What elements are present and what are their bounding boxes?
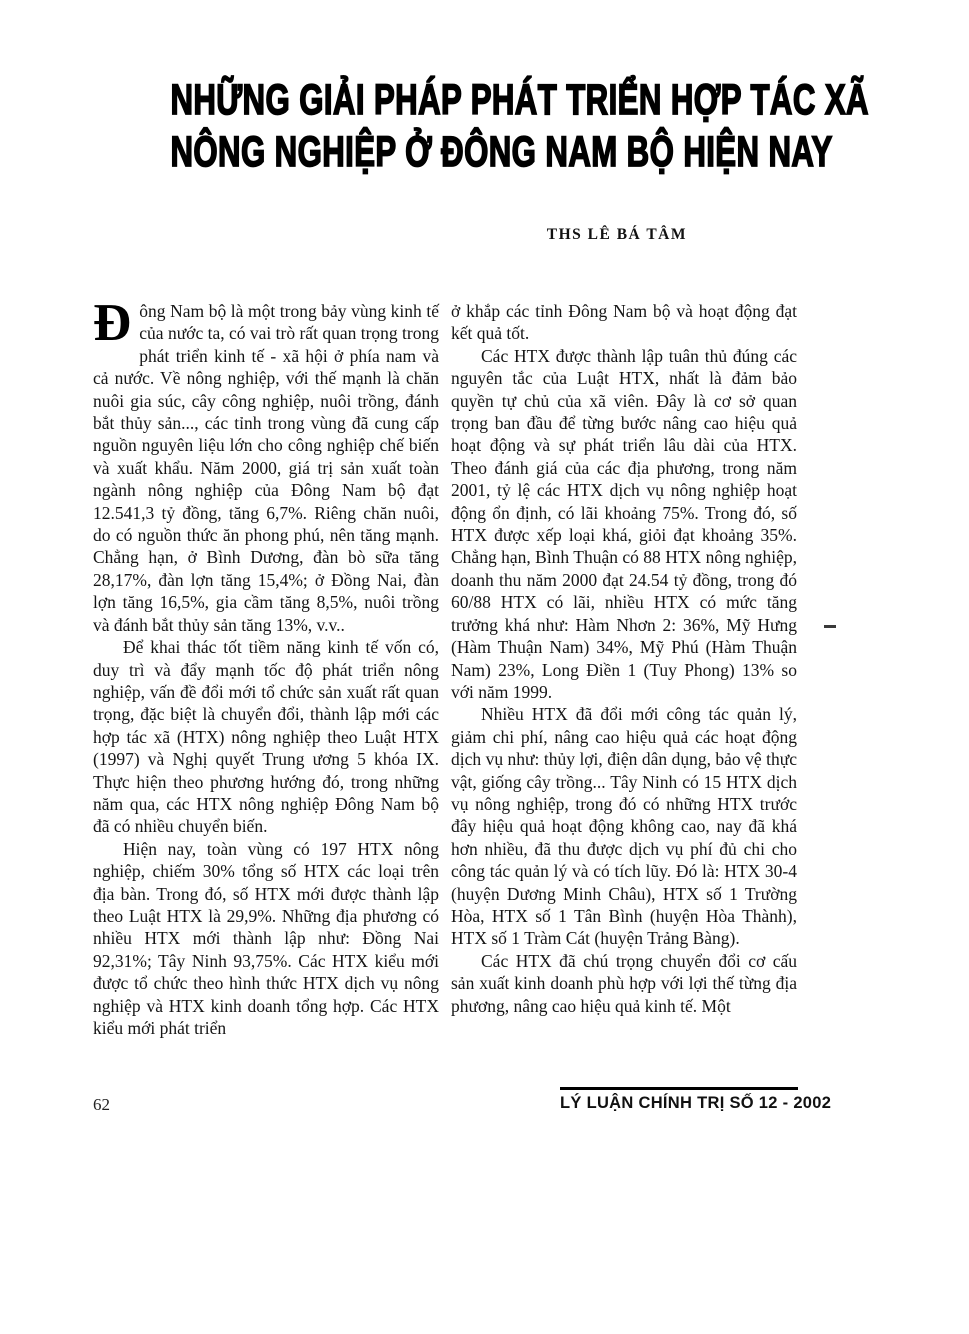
scan-artifact-mark — [824, 625, 836, 628]
paragraph-text: ông Nam bộ là một trong bảy vùng kinh tế… — [93, 301, 439, 635]
article-content: NHỮNG GIẢI PHÁP PHÁT TRIỂN HỢP TÁC XÃ NÔ… — [93, 0, 797, 1039]
article-title: NHỮNG GIẢI PHÁP PHÁT TRIỂN HỢP TÁC XÃ NÔ… — [93, 74, 797, 178]
paragraph: Nhiều HTX đã đổi mới công tác quản lý, g… — [451, 703, 797, 949]
scanned-article-page: NHỮNG GIẢI PHÁP PHÁT TRIỂN HỢP TÁC XÃ NÔ… — [0, 0, 969, 1334]
paragraph: Để khai thác tốt tiềm năng kinh tế vốn c… — [93, 636, 439, 838]
article-title-line-2: NÔNG NGHIỆP Ở ĐÔNG NAM BỘ HIỆN NAY — [170, 124, 719, 179]
author-name: THS LÊ BÁ TÂM — [547, 226, 687, 243]
author-byline: THS LÊ BÁ TÂM — [93, 226, 797, 244]
right-column: ở khắp các tỉnh Đông Nam bộ và hoạt động… — [451, 300, 797, 1039]
paragraph-continuation: ở khắp các tỉnh Đông Nam bộ và hoạt động… — [451, 300, 797, 345]
left-column: Đông Nam bộ là một trong bảy vùng kinh t… — [93, 300, 439, 1039]
journal-footer: LÝ LUẬN CHÍNH TRỊ SỐ 12 - 2002 — [560, 1087, 798, 1113]
dropcap-letter: Đ — [93, 300, 139, 346]
paragraph: Hiện nay, toàn vùng có 197 HTX nông nghi… — [93, 838, 439, 1040]
paragraph: Các HTX đã chú trọng chuyển đổi cơ cấu s… — [451, 950, 797, 1017]
page-number: 62 — [93, 1095, 110, 1115]
journal-title: LÝ LUẬN CHÍNH TRỊ SỐ 12 - 2002 — [560, 1094, 831, 1112]
article-body: Đông Nam bộ là một trong bảy vùng kinh t… — [93, 300, 797, 1039]
paragraph-opening: Đông Nam bộ là một trong bảy vùng kinh t… — [93, 300, 439, 636]
paragraph: Các HTX được thành lập tuân thủ đúng các… — [451, 345, 797, 704]
article-title-line-1: NHỮNG GIẢI PHÁP PHÁT TRIỂN HỢP TÁC XÃ — [170, 72, 719, 127]
